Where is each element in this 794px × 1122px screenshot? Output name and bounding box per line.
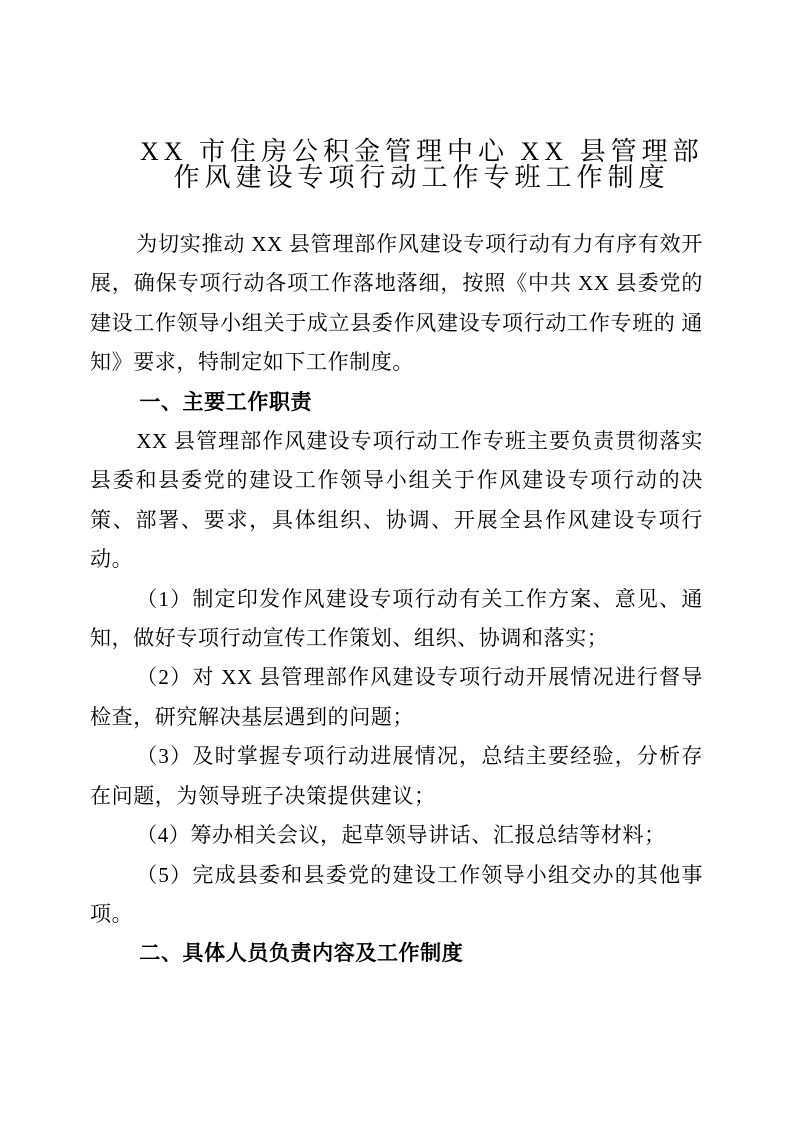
document-title-line-2: 作风建设专项行动工作专班工作制度 xyxy=(140,165,703,191)
document-content: XX 市住房公积金管理中心 XX 县管理部 作风建设专项行动工作专班工作制度 为… xyxy=(0,139,794,974)
paragraph-intro: 为切实推动 XX 县管理部作风建设专项行动有力有序有效开展，确保专项行动各项工作… xyxy=(90,225,703,383)
document-title-line-1: XX 市住房公积金管理中心 XX 县管理部 xyxy=(140,139,703,165)
list-item-5: （5）完成县委和县委党的建设工作领导小组交办的其他事项。 xyxy=(90,856,703,935)
list-item-1: （1）制定印发作风建设专项行动有关工作方案、意见、通知，做好专项行动宣传工作策划… xyxy=(90,580,703,659)
section-heading-1: 一、主要工作职责 xyxy=(90,383,703,422)
section-heading-2: 二、具体人员负责内容及工作制度 xyxy=(90,934,703,973)
list-item-4: （4）筹办相关会议，起草领导讲话、汇报总结等材料； xyxy=(90,816,703,855)
document-title: XX 市住房公积金管理中心 XX 县管理部 作风建设专项行动工作专班工作制度 xyxy=(90,139,703,191)
document-page: XX 市住房公积金管理中心 XX 县管理部 作风建设专项行动工作专班工作制度 为… xyxy=(0,0,794,1122)
list-item-2: （2）对 XX 县管理部作风建设专项行动开展情况进行督导检查，研究解决基层遇到的… xyxy=(90,658,703,737)
list-item-3: （3）及时掌握专项行动进展情况，总结主要经验，分析存在问题，为领导班子决策提供建… xyxy=(90,737,703,816)
paragraph-responsibilities: XX 县管理部作风建设专项行动工作专班主要负责贯彻落实县委和县委党的建设工作领导… xyxy=(90,422,703,580)
